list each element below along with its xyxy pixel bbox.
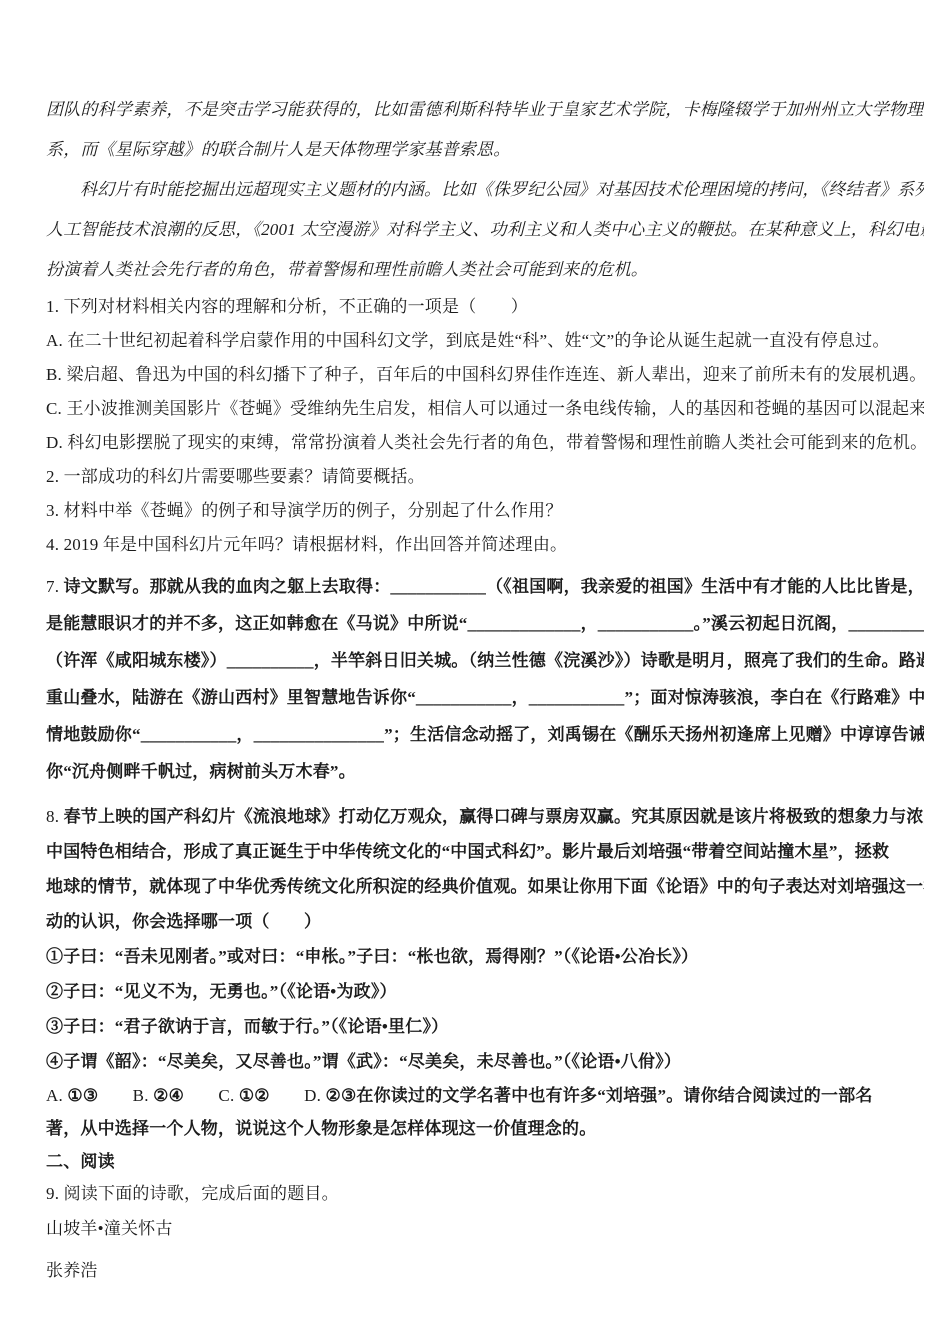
option-label-c: C. [184, 1086, 239, 1105]
material-line-1: 团队的科学素养，不是突击学习能获得的，比如雷德利斯科特毕业于皇家艺术学院，卡梅隆… [46, 90, 924, 130]
question-1-option-a: A. 在二十世纪初起着科学启蒙作用的中国科幻文学，到底是姓“科”、姓“文”的争论… [46, 324, 924, 358]
question-1-option-d: D. 科幻电影摆脱了现实的束缚，常常扮演着人类社会先行者的角色，带着警惕和理性前… [46, 426, 924, 460]
question-8-item-1: ①子曰：“吾未见刚者。”或对曰：“申枨。”子曰：“枨也欲，焉得刚？”（《论语•公… [46, 939, 924, 974]
question-8-item-2: ②子曰：“见义不为，无勇也。”（《论语•为政》） [46, 974, 924, 1009]
question-8-line-4: 动的认识，你会选择哪一项（ ） [46, 904, 924, 939]
question-8-item-3: ③子曰：“君子欲讷于言，而敏于行。”（《论语•里仁》） [46, 1009, 924, 1044]
question-8-item-4: ④子谓《韶》：“尽美矣，又尽善也。”谓《武》：“尽美矣，未尽善也。”（《论语•八… [46, 1044, 924, 1079]
question-1-option-b: B. 梁启超、鲁迅为中国的科幻播下了种子，百年后的中国科幻界佳作连连、新人辈出，… [46, 358, 924, 392]
option-value-d-and-followup: ②③在你读过的文学名著中也有许多“刘培强”。请你结合阅读过的一部名 [326, 1086, 873, 1105]
question-7-line-5: 情地鼓励你“___________，_______________”；生活信念动… [46, 716, 924, 753]
material-line-4: 人工智能技术浪潮的反思，《2001 太空漫游》对科学主义、功利主义和人类中心主义… [46, 210, 924, 250]
question-7-number: 7. [46, 577, 64, 596]
question-8-line-2: 中国特色相结合，形成了真正诞生于中华传统文化的“中国式科幻”。影片最后刘培强“带… [46, 834, 924, 869]
question-4: 4. 2019 年是中国科幻片元年吗？请根据材料，作出回答并简述理由。 [46, 528, 924, 562]
question-8-line-3: 地球的情节，就体现了中华优秀传统文化所积淀的经典价值观。如果让你用下面《论语》中… [46, 869, 924, 904]
question-8-line-1: 8. 春节上映的国产科幻片《流浪地球》打动亿万观众，赢得口碑与票房双赢。究其原因… [46, 799, 924, 834]
material-line-3: 科幻片有时能挖掘出远超现实主义题材的内涵。比如《侏罗纪公园》对基因技术伦理困境的… [46, 170, 924, 210]
option-value-b: ②④ [153, 1086, 184, 1105]
exam-page-content: 团队的科学素养，不是突击学习能获得的，比如雷德利斯科特毕业于皇家艺术学院，卡梅隆… [0, 0, 950, 1293]
question-8-answer-options: A. ①③ B. ②④ C. ①② D. ②③在你读过的文学名著中也有许多“刘培… [46, 1079, 924, 1112]
question-7-line-3: （许浑《咸阳城东楼》）__________，半竿斜日旧关城。（纳兰性德《浣溪沙》… [46, 642, 924, 679]
poem-title: 山坡羊•潼关怀古 [46, 1209, 924, 1249]
question-2: 2. 一部成功的科幻片需要哪些要素？请简要概括。 [46, 460, 924, 494]
exam-page: 团队的科学素养，不是突击学习能获得的，比如雷德利斯科特毕业于皇家艺术学院，卡梅隆… [0, 0, 950, 1344]
question-9: 9. 阅读下面的诗歌，完成后面的题目。 [46, 1179, 924, 1209]
question-7-line-1: 7. 诗文默写。那就从我的血肉之躯上去取得：___________（《祖国啊，我… [46, 568, 924, 605]
question-7-line-2: 是能慧眼识才的并不多，这正如韩愈在《马说》中所说“_____________，_… [46, 605, 924, 642]
question-8-number: 8. [46, 807, 64, 826]
option-label-d: D. [270, 1086, 326, 1105]
question-7-line-4: 重山叠水，陆游在《游山西村》里智慧地告诉你“___________，______… [46, 679, 924, 716]
material-line-5: 扮演着人类社会先行者的角色，带着警惕和理性前瞻人类社会可能到来的危机。 [46, 250, 924, 290]
question-8-followup-cont: 著，从中选择一个人物，说说这个人物形象是怎样体现这一价值理念的。 [46, 1112, 924, 1145]
material-line-2: 系，而《星际穿越》的联合制片人是天体物理学家基普索恩。 [46, 130, 924, 170]
question-8-text: 春节上映的国产科幻片《流浪地球》打动亿万观众，赢得口碑与票房双赢。究其原因就是该… [64, 807, 924, 826]
option-value-c: ①② [239, 1086, 270, 1105]
option-label-a: A. [46, 1086, 67, 1105]
poem-author: 张养浩 [46, 1249, 924, 1293]
question-7-text: 诗文默写。那就从我的血肉之躯上去取得：___________（《祖国啊，我亲爱的… [64, 577, 924, 596]
section-heading-reading: 二、阅读 [46, 1145, 924, 1179]
option-value-a: ①③ [67, 1086, 98, 1105]
question-3: 3. 材料中举《苍蝇》的例子和导演学历的例子，分别起了什么作用？ [46, 494, 924, 528]
option-label-b: B. [98, 1086, 153, 1105]
question-1-option-c: C. 王小波推测美国影片《苍蝇》受维纳先生启发，相信人可以通过一条电线传输，人的… [46, 392, 924, 426]
question-1: 1. 下列对材料相关内容的理解和分析，不正确的一项是（ ） [46, 290, 924, 324]
question-7-line-6: 你“沉舟侧畔千帆过，病树前头万木春”。 [46, 753, 924, 790]
